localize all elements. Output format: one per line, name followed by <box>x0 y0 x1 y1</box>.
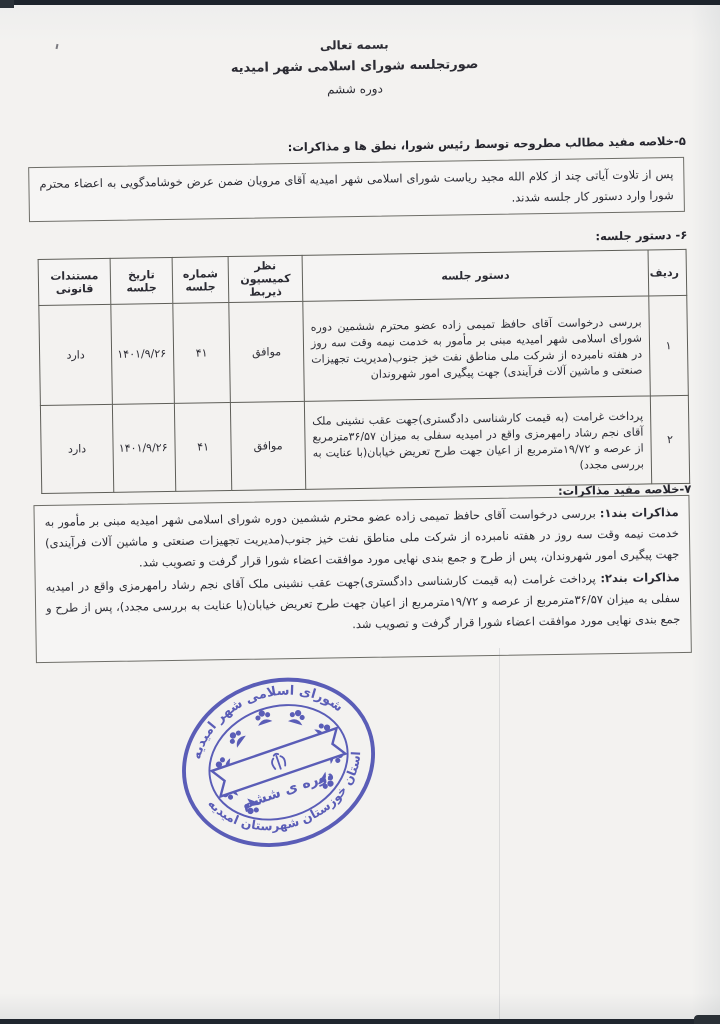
document-content: بسمه تعالی صورتجلسه شورای اسلامی شهر امی… <box>0 0 720 1024</box>
deliberation-paragraph-1: مذاکرات بند۱: بررسی درخواست آقای حافظ تم… <box>45 502 680 575</box>
cell-legal-documents: دارد <box>40 404 113 493</box>
section6-heading: ۶- دستور جلسه: <box>595 228 687 243</box>
document-title: صورتجلسه شورای اسلامی شهر امیدیه <box>0 53 715 79</box>
cell-session-date: ۱۴۰۱/۹/۲۶ <box>111 303 175 404</box>
cell-commission-opinion: موافق <box>229 301 305 402</box>
table-row: ۱ بررسی درخواست آقای حافظ تمیمی زاده عضو… <box>39 295 688 405</box>
cell-legal-documents: دارد <box>39 304 113 405</box>
stamp-graphic: شورای اسلامی شهر امیدیه استان خوزستان شه… <box>146 639 411 885</box>
deliberation-1-lead: مذاکرات بند۱: <box>600 505 679 520</box>
cell-session-date: ۱۴۰۱/۹/۲۶ <box>112 403 175 492</box>
col-header-row-number: ردیف <box>648 249 687 296</box>
cell-session-number: ۴۱ <box>174 403 231 492</box>
section5-heading: ۵-خلاصه مفید مطالب مطروحه توسط رئیس شورا… <box>288 134 686 154</box>
cell-row-number: ۱ <box>649 295 689 396</box>
scan-corner-bottom-right <box>694 1015 720 1024</box>
cell-session-number: ۴۱ <box>173 303 231 404</box>
col-header-session-number: شماره جلسه <box>172 257 229 304</box>
cell-row-number: ۲ <box>650 395 689 484</box>
col-header-commission-opinion: نظر کمیسیون ذیربط <box>228 255 303 302</box>
cell-agenda-text: پرداخت غرامت (به قیمت کارشناسی دادگستری)… <box>304 396 651 489</box>
paper-crease-line <box>499 648 500 1024</box>
deliberation-2-lead: مذاکرات بند۲: <box>600 570 679 585</box>
col-header-agenda: دستور جلسه <box>302 250 649 301</box>
council-official-stamp: شورای اسلامی شهر امیدیه استان خوزستان شه… <box>146 639 411 885</box>
cell-commission-opinion: موافق <box>230 401 305 490</box>
bismillah-line: بسمه تعالی <box>0 32 714 57</box>
cell-agenda-text: بررسی درخواست آقای حافظ تمیمی زاده عضو م… <box>303 296 651 401</box>
col-header-session-date: تاریخ جلسه <box>110 257 173 304</box>
deliberation-paragraph-2: مذاکرات بند۲: پرداخت غرامت (به قیمت کارش… <box>46 567 681 640</box>
scan-edge-bottom <box>0 1019 720 1024</box>
deliberation-1-text: بررسی درخواست آقای حافظ تمیمی زاده عضو م… <box>45 506 680 569</box>
section5-box: پس از تلاوت آیاتی چند از کلام الله مجید … <box>28 157 685 222</box>
section7-box: مذاکرات بند۱: بررسی درخواست آقای حافظ تم… <box>33 495 691 663</box>
table-row: ۲ پرداخت غرامت (به قیمت کارشناسی دادگستر… <box>40 395 689 493</box>
document-header: بسمه تعالی صورتجلسه شورای اسلامی شهر امی… <box>0 32 715 101</box>
agenda-table: ردیف دستور جلسه نظر کمیسیون ذیربط شماره … <box>38 249 691 494</box>
council-term: دوره ششم <box>0 76 715 101</box>
col-header-legal-documents: مستندات قانونی <box>38 258 111 305</box>
deliberation-2-text: پرداخت غرامت (به قیمت کارشناسی دادگستری)… <box>46 571 681 631</box>
